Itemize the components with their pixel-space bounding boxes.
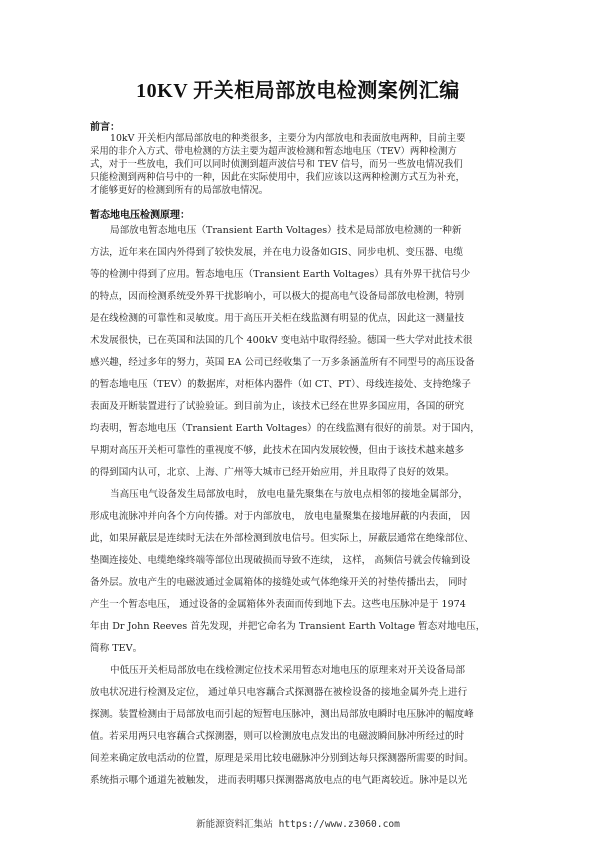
paragraph-line: 值。若采用两只电容藕合式探测器，则可以检测放电点发出的电磁波瞬间脉冲所经过的时: [90, 728, 510, 742]
footer-url[interactable]: https://www.z3060.com: [279, 819, 400, 830]
paragraph-line: 10kV 开关柜内部局部放电的种类很多，主要分为内部放电和表面放电两种，目前主要: [110, 130, 530, 144]
paragraph-line: 中低压开关柜局部放电在线检测定位技术采用暂态对地电压的原理来对开关设备局部: [110, 662, 530, 676]
paragraph-line: 探测。装置检测由于局部放电而引起的短暂电压脉冲，测出局部放电瞬时电压脉冲的幅度峰: [90, 706, 510, 720]
paragraph-line: 只能检测到两种信号中的一种，因此在实际使用中，我们应该以这两种检测方式互为补充，: [90, 169, 510, 183]
paragraph-line: 形成电流脉冲并向各个方向传播。对于内部放电， 放电电量聚集在接地屏蔽的内表面， …: [90, 508, 510, 522]
paragraph-line: 的暂态地电压（TEV）的数据库，对柜体内器件（如 CT、PT）、母线连接处、支持…: [90, 376, 510, 390]
paragraph-line: 是在线检测的可靠性和灵敏度。用于高压开关柜在线监测有明显的优点，因此这一测量技: [90, 310, 510, 324]
paragraph-line: 术发展很快，已在英国和法国的几个 400kV 变电站中取得经验。德国一些大学对此…: [90, 332, 510, 346]
paragraph-line: 的得到国内认可，北京、上海、广州等大城市已经开始应用，并且取得了良好的效果。: [90, 464, 510, 478]
paragraph-line: 间差来确定放电活动的位置，原理是采用比较电磁脉冲分别到达每只探测器所需要的时间。: [90, 750, 510, 764]
paragraph-line: 此，如果屏蔽层是连续时无法在外部检测到放电信号。但实际上，屏蔽层通常在绝缘部位、: [90, 530, 510, 544]
paragraph-line: 简称 TEV。: [90, 640, 510, 654]
document-title: 10KV 开关柜局部放电检测案例汇编: [0, 74, 596, 103]
paragraph-line: 的特点，因而检测系统受外界干扰影响小，可以极大的提高电气设备局部放电检测，特别: [90, 288, 510, 302]
paragraph-line: 系统指示哪个通道先被触发， 进而表明哪只探测器离放电点的电气距离较近。脉冲是以光: [90, 772, 510, 786]
paragraph-line: 方法，近年来在国内外得到了较快发展，并在电力设备如GIS、同步电机、变压器、电缆: [90, 244, 510, 258]
paragraph-line: 等的检测中得到了应用。暂态地电压（Transient Earth Voltage…: [90, 266, 510, 280]
paragraph-line: 采用的非介入方式、带电检测的方法主要为超声波检测和暂态地电压（TEV）两种检测方: [90, 143, 510, 157]
paragraph-line: 年由 Dr John Reeves 首先发现，并把它命名为 Transient …: [90, 618, 510, 632]
paragraph-line: 式，对于一些放电，我们可以同时侦测到超声波信号和 TEV 信号，而另一些放电情况…: [90, 156, 510, 170]
paragraph-line: 产生一个暂态电压， 通过设备的金属箱体外表面而传到地下去。这些电压脉冲是于 19…: [90, 596, 510, 610]
paragraph-line: 备外层。放电产生的电磁波通过金属箱体的接缝处或气体绝缘开关的衬垫传播出去， 同时: [90, 574, 510, 588]
paragraph-line: 局部放电暂态地电压（Transient Earth Voltages）技术是局部…: [110, 222, 530, 236]
section-heading: 暂态地电压检测原理：: [90, 206, 190, 221]
paragraph-line: 表面及开断装置进行了试验验证。到目前为止，该技术已经在世界多国应用，各国的研究: [90, 398, 510, 412]
paragraph-line: 才能够更好的检测到所有的局部放电情况。: [90, 182, 510, 196]
paragraph-line: 垫圈连接处、电缆绝缘终端等部位出现破损而导致不连续， 这样， 高频信号就会传输到…: [90, 552, 510, 566]
paragraph-line: 放电状况进行检测及定位， 通过单只电容藕合式探测器在被检设备的接地金属外壳上进行: [90, 684, 510, 698]
paragraph-line: 早期对高压开关柜可靠性的重视度不够，此技术在国内发展较慢，但由于该技术越来越多: [90, 442, 510, 456]
paragraph-line: 均表明，暂态地电压（Transient Earth Voltages）的在线监测…: [90, 420, 510, 434]
page-footer: 新能源资料汇集站 https://www.z3060.com: [0, 816, 596, 830]
paragraph-line: 感兴趣，经过多年的努力，英国 EA 公司已经收集了一万多条涵盖所有不同型号的高压…: [90, 354, 510, 368]
paragraph-line: 当高压电气设备发生局部放电时， 放电电量先聚集在与放电点相邻的接地金属部分，: [110, 486, 530, 500]
footer-site-name: 新能源资料汇集站: [196, 819, 273, 830]
